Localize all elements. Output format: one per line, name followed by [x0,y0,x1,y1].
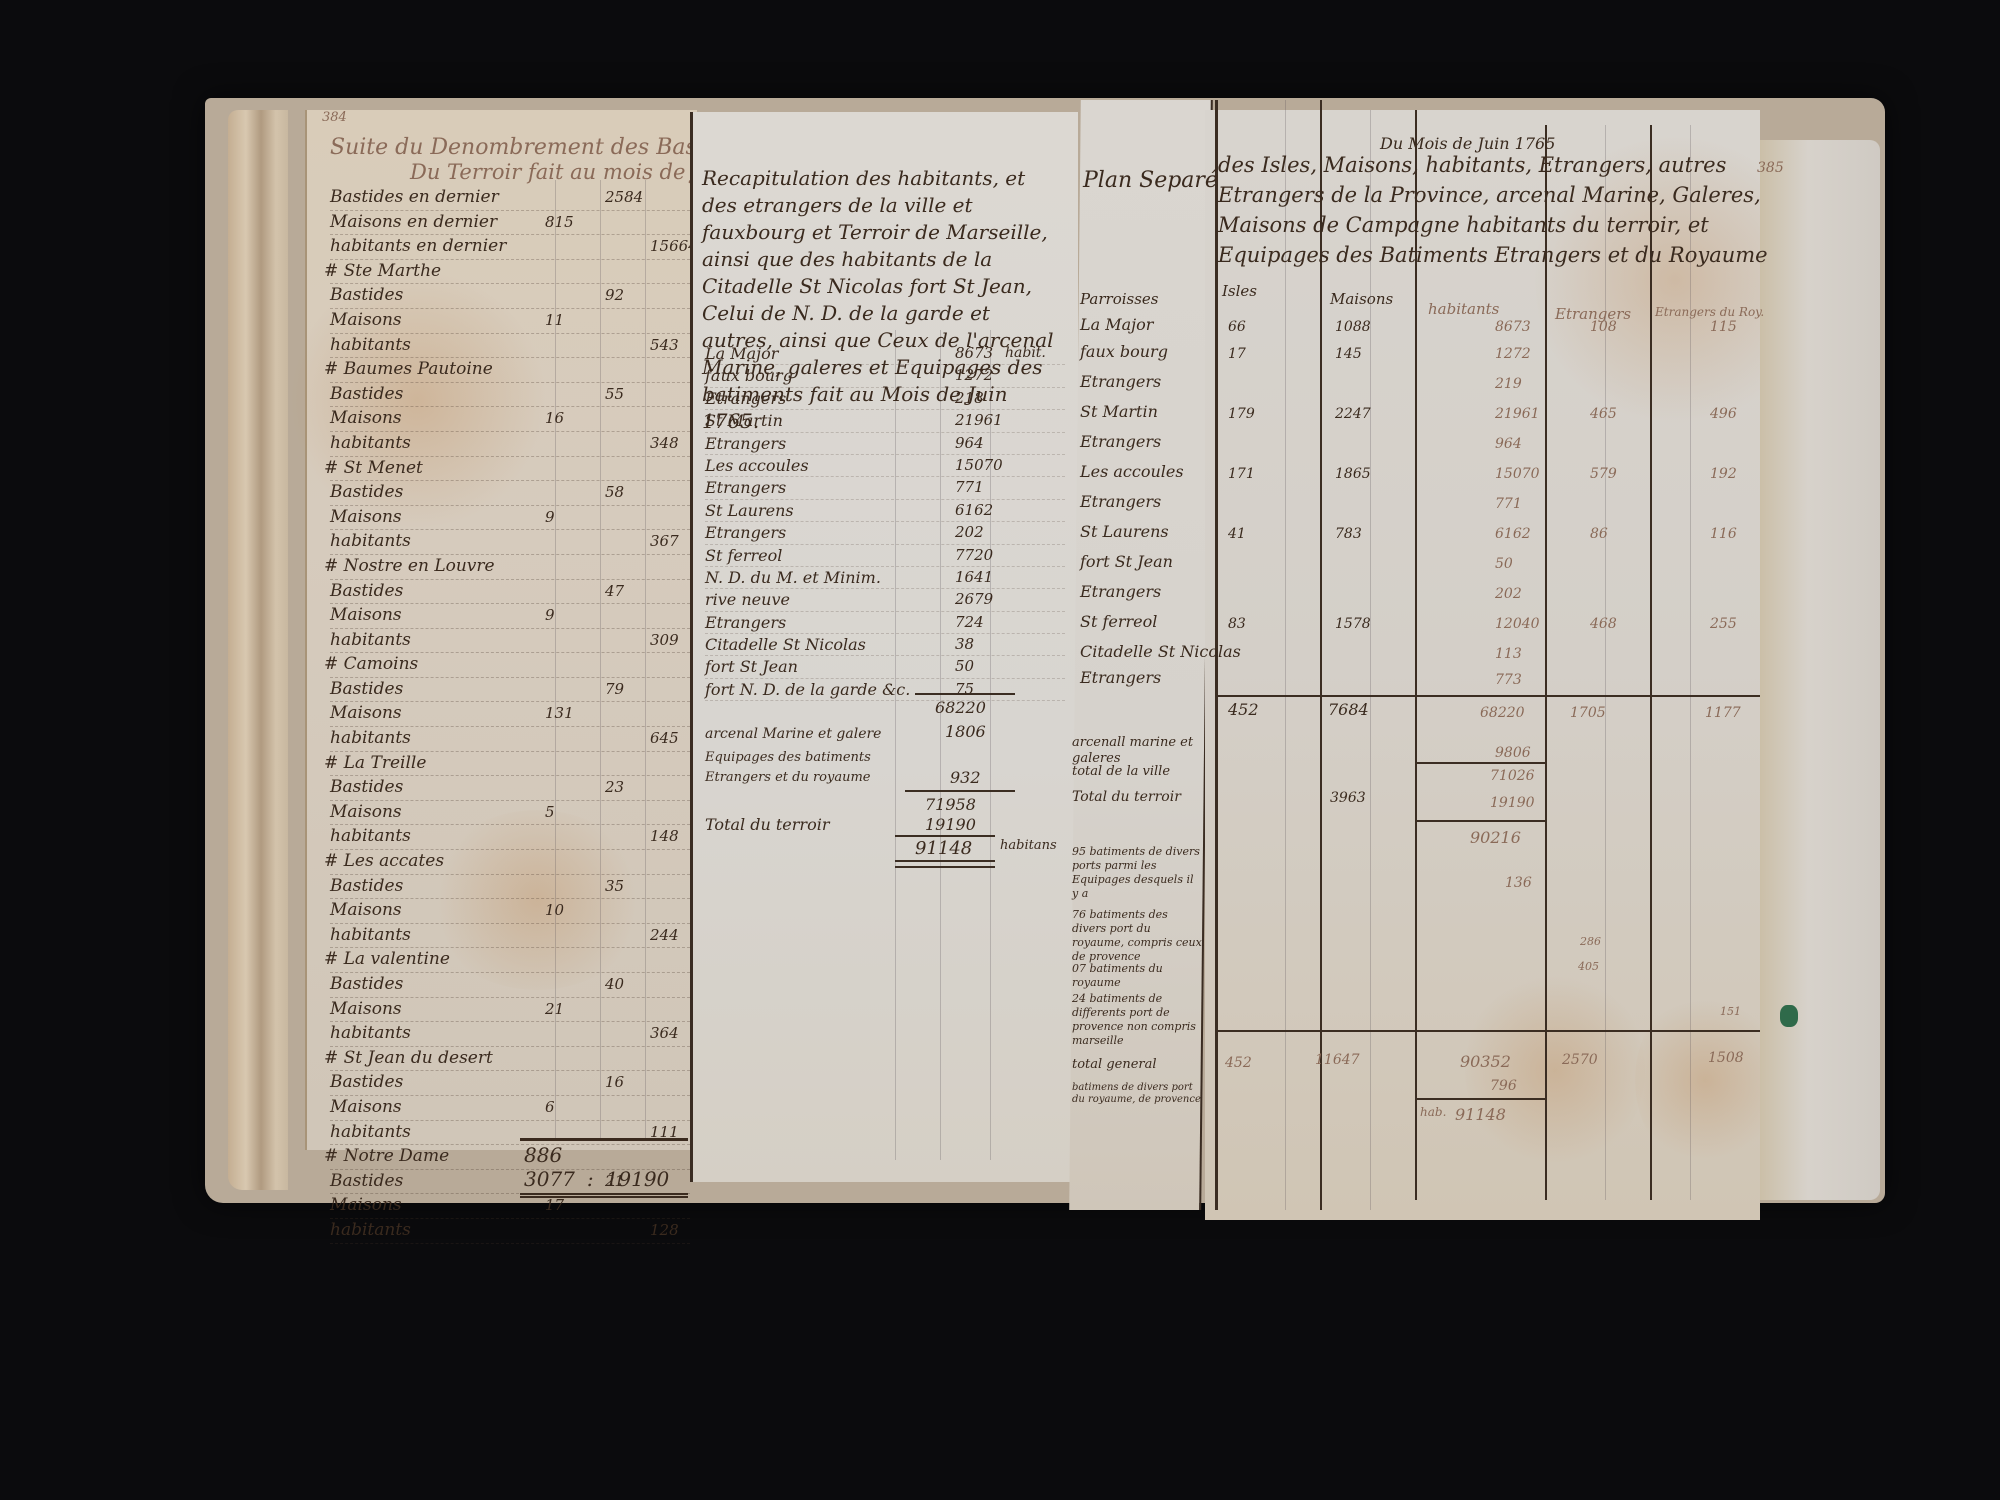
recap-label: rive neuve [705,589,790,610]
row-label: Bastides [330,875,403,898]
habitants-value: 771 [1495,496,1522,512]
section-heading: # Camoins [330,653,690,678]
maisons-value: 131 [545,702,574,725]
habitants-value: 1272 [1495,346,1531,362]
total-general-isles: 452 [1225,1055,1252,1071]
note-95-value: 136 [1505,875,1532,891]
etrangers2-value: 255 [1710,616,1737,632]
census-row: Bastides16 [330,1071,690,1096]
parish-label: St Laurens [1080,522,1169,541]
parish-label: St Martin [1080,402,1158,421]
etrangers2-value: 192 [1710,466,1737,482]
left-page-totals: 886 3077:19190 [520,1138,688,1198]
green-mark [1780,1005,1798,1027]
total-ville-label: total de la ville [1072,765,1202,779]
maisons-value: 6 [545,1096,555,1119]
census-row: Bastides79 [330,678,690,703]
maisons-value: 1865 [1335,466,1371,482]
census-row: habitants148 [330,825,690,850]
row-label: Bastides [330,383,403,406]
total-maisons: 886 [524,1143,562,1167]
recap-label: Citadelle St Nicolas [705,634,866,655]
parish-label: Citadelle St Nicolas [1080,642,1241,661]
bastides-value: 16 [605,1071,624,1094]
habitants-value: 202 [1495,586,1522,602]
census-row: Bastides92 [330,284,690,309]
census-row: Maisons16 [330,407,690,432]
unit-label: habit. [1005,343,1046,364]
row-label: Maisons [330,407,402,430]
habitants-value: 773 [1495,672,1522,688]
row-label: Bastides en dernier [330,186,499,209]
census-row: habitants543 [330,334,690,359]
maisons-value: 21 [545,998,564,1021]
recap-row: St ferreol7720 [705,545,1065,567]
recap-row: Etrangers218 [705,388,1065,410]
arsenal-row-label: arcenall marine et galeres [1072,735,1202,767]
bastides-value: 2584 [605,186,643,209]
recap-row: St Martin21961 [705,410,1065,432]
recap-label: La Major [705,343,778,364]
sum-after-terroir: 90216 [1470,828,1521,847]
row-label: Maisons en dernier [330,211,497,234]
note-07-batiments: 07 batiments du royaume [1072,962,1202,990]
bastides-value: 92 [605,284,624,307]
habitants-value: 6162 [1495,526,1531,542]
habitants-value: 364 [650,1022,679,1045]
row-label: Maisons [330,899,402,922]
total-habitants: 19190 [606,1167,670,1191]
city-total: 71958 [925,795,976,814]
col-parroisses: Parroisses [1080,290,1159,308]
subtotal-habitants: 68220 [1480,705,1525,721]
section-heading: # St Jean du desert [330,1047,690,1072]
subtotal-etrangers: 1705 [1570,705,1606,721]
isles-value: 171 [1228,466,1255,482]
census-row: Maisons5 [330,801,690,826]
habitants-value: 12040 [1495,616,1540,632]
etrangers-value: 465 [1590,406,1617,422]
subtotal-isles: 452 [1228,700,1259,719]
census-row: Bastides en dernier2584 [330,186,690,211]
row-label: Maisons [330,1194,402,1217]
left-page-number: 384 [322,110,347,125]
total-general-etrangers2: 1508 [1708,1050,1744,1066]
parish-label: Etrangers [1080,432,1161,451]
habitants-value: 309 [650,629,679,652]
note-07-value: 405 [1578,960,1599,973]
parish-label: Les accoules [1080,462,1184,481]
row-label: Bastides [330,973,403,996]
maisons-value: 1088 [1335,319,1371,335]
census-row: Maisons17 [330,1194,690,1219]
census-row: Bastides23 [330,776,690,801]
note-76-batiments: 76 batiments des divers port du royaume,… [1072,908,1202,964]
row-label: Bastides [330,678,403,701]
note-95-batiments: 95 batiments de divers ports parmi les E… [1072,845,1202,901]
total-terroir-label: Total du terroir [1072,790,1202,804]
section-heading: # Baumes Pautoine [330,358,690,383]
page-stack-left-edge [228,110,288,1190]
recapitulation-list: La Major8673habit.faux bourg1272Etranger… [705,343,1065,701]
recap-label: St ferreol [705,545,782,566]
total-general-label: total general [1072,1058,1202,1072]
row-label: Bastides [330,580,403,603]
col-habitants: habitants [1428,300,1499,318]
census-row: Maisons en dernier815 [330,211,690,236]
batiments-note-label: batimens de divers port du royaume, de p… [1072,1082,1202,1106]
recap-label: Etrangers [705,477,786,498]
maisons-value: 5 [545,801,555,824]
census-row: habitants en dernier15664 [330,235,690,260]
isles-value: 83 [1228,616,1246,632]
maisons-value: 1578 [1335,616,1371,632]
recap-value: 6162 [955,500,993,521]
recap-value: 15070 [955,455,1003,476]
recap-label: St Laurens [705,500,794,521]
equipages-value: 932 [950,768,981,787]
row-label: Maisons [330,506,402,529]
row-label: habitants [330,1022,411,1045]
row-label: # Ste Marthe [324,260,441,283]
habitants-value: 219 [1495,376,1522,392]
habitants-value: 50 [1495,556,1513,572]
etrangers2-value: 496 [1710,406,1737,422]
maisons-value: 783 [1335,526,1362,542]
etrangers2-value: 116 [1710,526,1737,542]
row-label: # St Jean du desert [324,1047,493,1070]
habitants-value: 15070 [1495,466,1540,482]
row-label: Maisons [330,998,402,1021]
equipages-label: Equipages des batiments Etrangers et du … [705,748,905,788]
census-row: habitants128 [330,1219,690,1244]
recap-label: Etrangers [705,522,786,543]
census-row: Maisons131 [330,702,690,727]
maisons-value: 9 [545,604,555,627]
recap-value: 21961 [955,410,1003,431]
row-label: Bastides [330,481,403,504]
isles-value: 41 [1228,526,1246,542]
right-page-edge [1760,140,1880,1200]
col-etrangers-du-roy: Etrangers du Roy. [1655,305,1764,319]
etrangers2-value: 115 [1710,319,1737,335]
row-label: habitants [330,530,411,553]
row-label: Maisons [330,702,402,725]
note-24-value: 151 [1720,1005,1741,1018]
bastides-value: 55 [605,383,624,406]
recap-row: Etrangers724 [705,612,1065,634]
recap-label: fort N. D. de la garde &c. [705,679,910,700]
etrangers-value: 579 [1590,466,1617,482]
section-heading: # Nostre en Louvre [330,555,690,580]
census-row: habitants645 [330,727,690,752]
recap-value: 1272 [955,365,993,386]
bastides-value: 35 [605,875,624,898]
recap-label: Etrangers [705,612,786,633]
row-label: Maisons [330,309,402,332]
parish-label: faux bourg [1080,342,1168,361]
section-heading: # St Menet [330,457,690,482]
recap-value: 75 [955,679,974,700]
row-label: # La Treille [324,752,426,775]
habitants-value: 128 [650,1219,679,1242]
habitants-value: 8673 [1495,319,1531,335]
bastides-value: 47 [605,580,624,603]
recap-label: N. D. du M. et Minim. [705,567,881,588]
bastides-value: 58 [605,481,624,504]
habitants-value: 367 [650,530,679,553]
batiments-note-value: 796 [1490,1078,1517,1094]
bastides-value: 23 [605,776,624,799]
total-general-etrangers: 2570 [1562,1052,1598,1068]
recap-value: 202 [955,522,984,543]
habitants-value: 21961 [1495,406,1540,422]
row-label: habitants [330,432,411,455]
row-label: # St Menet [324,457,423,480]
recap-label: fort St Jean [705,656,798,677]
census-row: habitants309 [330,629,690,654]
census-row: habitants244 [330,924,690,949]
recap-value: 7720 [955,545,993,566]
recap-value: 2679 [955,589,993,610]
bastides-value: 40 [605,973,624,996]
etrangers-value: 468 [1590,616,1617,632]
recap-row: N. D. du M. et Minim.1641 [705,567,1065,589]
section-heading: # La Treille [330,752,690,777]
total-general-maisons: 11647 [1315,1052,1360,1068]
maisons-value: 145 [1335,346,1362,362]
etrangers-value: 108 [1590,319,1617,335]
row-label: Maisons [330,1096,402,1119]
grand-total: 91148 [915,838,972,859]
maisons-value: 11 [545,309,564,332]
census-row: Bastides40 [330,973,690,998]
census-row: Maisons10 [330,899,690,924]
section-heading: # La valentine [330,948,690,973]
row-label: habitants [330,629,411,652]
habitants-value: 348 [650,432,679,455]
row-label: Bastides [330,284,403,307]
census-row: Bastides58 [330,481,690,506]
census-row: Bastides55 [330,383,690,408]
isles-value: 179 [1228,406,1255,422]
recap-row: Etrangers202 [705,522,1065,544]
total-bastides: 3077 [524,1167,575,1191]
row-label: Bastides [330,776,403,799]
habitants-value: 964 [1495,436,1522,452]
plan-separe-heading: des Isles, Maisons, habitants, Etrangers… [1218,150,1778,270]
subtotal-maisons: 7684 [1328,700,1369,719]
grand-total-unit: habitans [1000,838,1057,853]
recap-row: Etrangers771 [705,477,1065,499]
terroir-value: 19190 [925,815,976,834]
subtotal-etrangers2: 1177 [1705,705,1741,721]
row-label: # La valentine [324,948,450,971]
recap-value: 964 [955,433,984,454]
census-row: Maisons21 [330,998,690,1023]
left-census-list: Bastides en dernier2584Maisons en dernie… [330,186,690,1244]
total-terroir-maisons: 3963 [1330,790,1366,806]
recap-value: 724 [955,612,984,633]
row-label: Maisons [330,801,402,824]
census-row: Maisons9 [330,604,690,629]
recap-label: St Martin [705,410,783,431]
maisons-value: 9 [545,506,555,529]
maisons-value: 2247 [1335,406,1371,422]
arsenal-value: 1806 [945,722,986,741]
recap-value: 38 [955,634,974,655]
recap-label: faux bourg [705,365,793,386]
col-maisons: Maisons [1330,290,1393,308]
row-label: habitants [330,1219,411,1242]
row-label: habitants [330,924,411,947]
recap-row: La Major8673habit. [705,343,1065,365]
row-label: # Baumes Pautoine [324,358,493,381]
parish-label: Etrangers [1080,372,1161,391]
recap-label: Etrangers [705,433,786,454]
habitants-value: 645 [650,727,679,750]
habitants-value: 244 [650,924,679,947]
isles-value: 17 [1228,346,1246,362]
census-row: Maisons6 [330,1096,690,1121]
census-row: habitants364 [330,1022,690,1047]
section-heading: # Les accates [330,850,690,875]
row-label: Bastides [330,1170,403,1193]
col-isles: Isles [1222,282,1257,300]
row-label: Maisons [330,604,402,627]
census-row: Maisons9 [330,506,690,531]
census-row: habitants367 [330,530,690,555]
row-label: habitants [330,825,411,848]
recap-row: Citadelle St Nicolas38 [705,634,1065,656]
arsenal-label: arcenal Marine et galere [705,726,881,742]
isles-value: 66 [1228,319,1246,335]
census-row: Maisons11 [330,309,690,334]
etrangers-value: 86 [1590,526,1608,542]
parish-label: fort St Jean [1080,552,1173,571]
parish-label: St ferreol [1080,612,1157,631]
census-row: Bastides35 [330,875,690,900]
maisons-value: 10 [545,899,564,922]
habitants-value: 543 [650,334,679,357]
recap-value: 771 [955,477,984,498]
recap-label: Les accoules [705,455,809,476]
row-label: habitants en dernier [330,235,506,258]
parish-label: La Major [1080,315,1153,334]
recap-row: St Laurens6162 [705,500,1065,522]
row-label: # Les accates [324,850,444,873]
total-terroir-habitants: 19190 [1490,795,1535,811]
total-ville-habitants: 71026 [1490,768,1535,784]
bastides-value: 79 [605,678,624,701]
terroir-label: Total du terroir [705,815,829,834]
maisons-value: 815 [545,211,574,234]
final-total-prefix: hab. [1420,1105,1446,1119]
recap-label: Etrangers [705,388,786,409]
parish-label: Etrangers [1080,492,1161,511]
habitants-value: 113 [1495,646,1522,662]
recap-row: faux bourg1272 [705,365,1065,387]
census-row: habitants348 [330,432,690,457]
recap-value: 1641 [955,567,993,588]
arsenal-habitants: 9806 [1495,745,1531,761]
recap-row: rive neuve2679 [705,589,1065,611]
row-label: habitants [330,727,411,750]
row-label: habitants [330,1121,411,1144]
habitants-value: 148 [650,825,679,848]
final-total-value: 91148 [1455,1105,1506,1124]
parish-label: Etrangers [1080,668,1161,687]
note-76-value: 286 [1580,935,1601,948]
plan-separe-title: Plan Separé [1083,168,1218,193]
row-label: # Camoins [324,653,418,676]
row-label: habitants [330,334,411,357]
maisons-value: 16 [545,407,564,430]
note-24-batiments: 24 batiments de differents port de prove… [1072,992,1202,1048]
section-heading: # Ste Marthe [330,260,690,285]
recap-row: Les accoules15070 [705,455,1065,477]
census-row: Bastides47 [330,580,690,605]
recap-row: fort N. D. de la garde &c.75 [705,679,1065,701]
recap-value: 8673 [955,343,993,364]
recap-value: 218 [955,388,984,409]
recap-value: 50 [955,656,974,677]
recap-row: fort St Jean50 [705,656,1065,678]
total-general-habitants: 90352 [1460,1052,1511,1071]
row-label: # Nostre en Louvre [324,555,495,578]
parish-label: Etrangers [1080,582,1161,601]
recap-row: Etrangers964 [705,433,1065,455]
mid-subtotal: 68220 [935,698,986,717]
row-label: # Notre Dame [324,1145,449,1168]
row-label: Bastides [330,1071,403,1094]
